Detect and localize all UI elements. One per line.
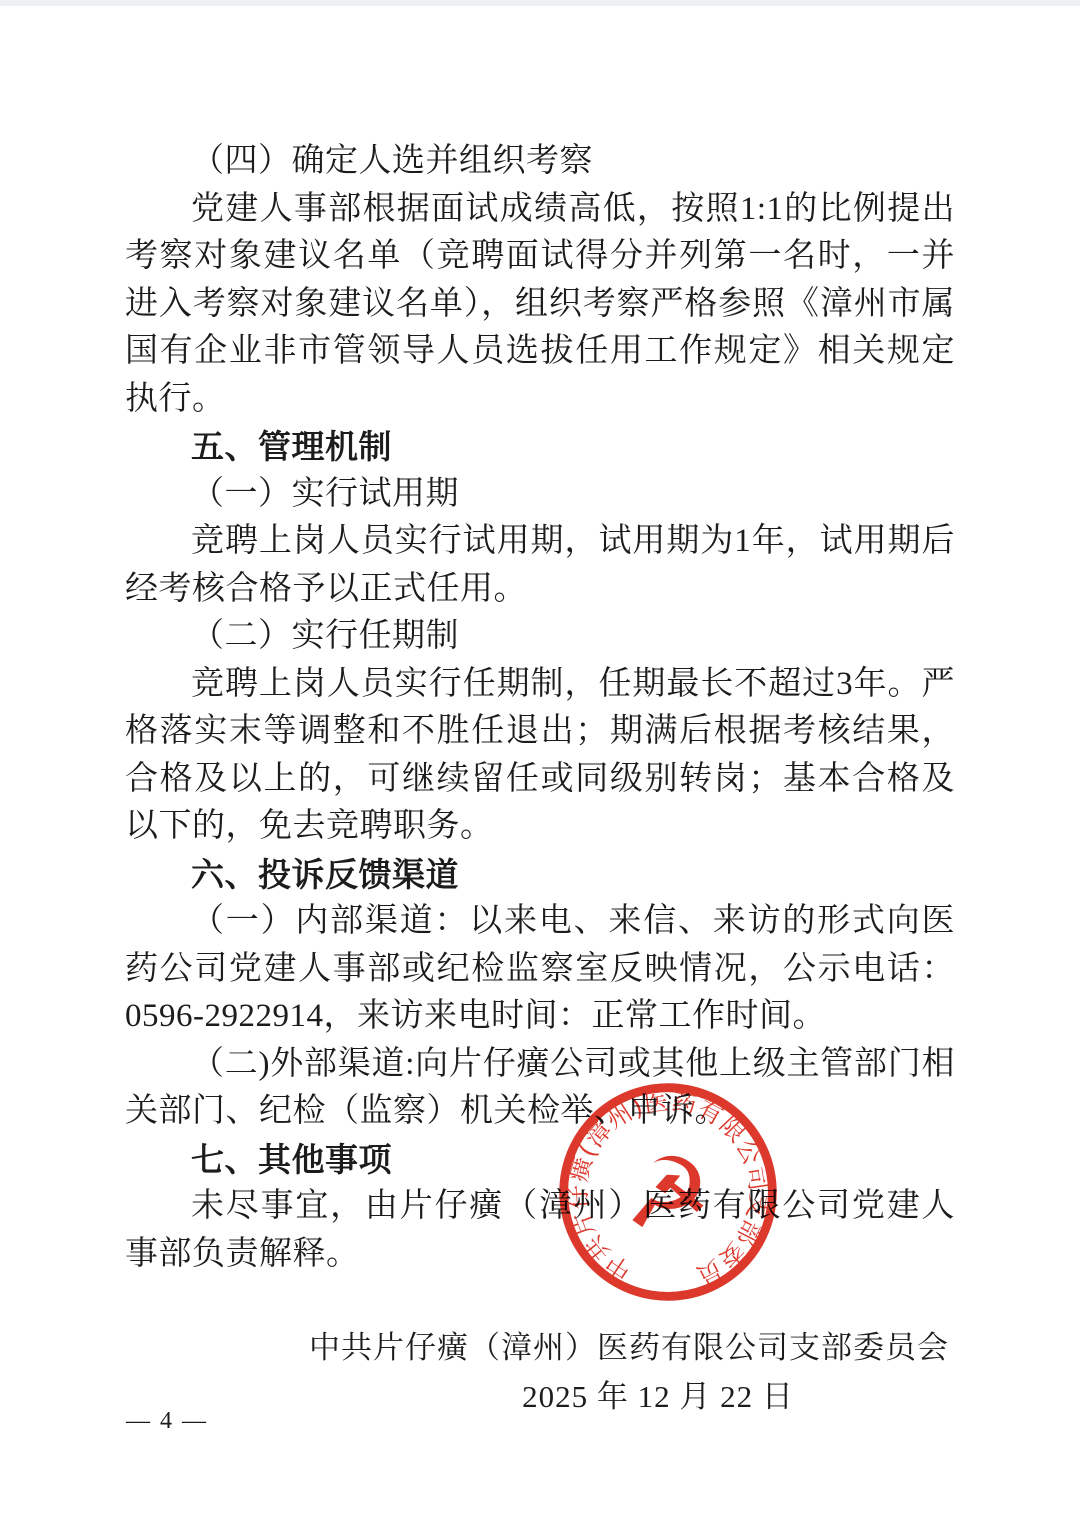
document-body: （四）确定人选并组织考察党建人事部根据面试成绩高低，按照1:1的比例提出考察对象… bbox=[125, 138, 955, 1278]
viewer-top-strip bbox=[0, 0, 1080, 6]
document-paragraph: 竞聘上岗人员实行试用期，试用期为1年，试用期后经考核合格予以正式任用。 bbox=[125, 518, 955, 613]
document-paragraph: 竞聘上岗人员实行任期制，任期最长不超过3年。严格落实末等调整和不胜任退出；期满后… bbox=[125, 661, 955, 851]
document-content: （四）确定人选并组织考察党建人事部根据面试成绩高低，按照1:1的比例提出考察对象… bbox=[125, 138, 955, 1422]
document-paragraph: （一）内部渠道：以来电、来信、来访的形式向医药公司党建人事部或纪检监察室反映情况… bbox=[125, 898, 955, 1041]
document-paragraph: 党建人事部根据面试成绩高低，按照1:1的比例提出考察对象建议名单（竞聘面试得分并… bbox=[125, 186, 955, 424]
document-paragraph: 未尽事宜，由片仔癀（漳州）医药有限公司党建人事部负责解释。 bbox=[125, 1183, 955, 1278]
document-paragraph: （二)外部渠道:向片仔癀公司或其他上级主管部门相关部门、纪检（监察）机关检举、申… bbox=[125, 1041, 955, 1136]
section-subheading: （四）确定人选并组织考察 bbox=[125, 138, 955, 186]
signature-date: 2025 年 12 月 22 日 bbox=[243, 1372, 1073, 1422]
section-heading: 六、投诉反馈渠道 bbox=[125, 851, 955, 899]
document-page: （四）确定人选并组织考察党建人事部根据面试成绩高低，按照1:1的比例提出考察对象… bbox=[0, 0, 1080, 1520]
section-heading: 七、其他事项 bbox=[125, 1136, 955, 1184]
page-number: — 4 — bbox=[126, 1408, 208, 1435]
section-subheading: （一）实行试用期 bbox=[125, 471, 955, 519]
section-heading: 五、管理机制 bbox=[125, 423, 955, 471]
signature-organization: 中共片仔癀（漳州）医药有限公司支部委员会 bbox=[125, 1324, 955, 1372]
section-subheading: （二）实行任期制 bbox=[125, 613, 955, 661]
